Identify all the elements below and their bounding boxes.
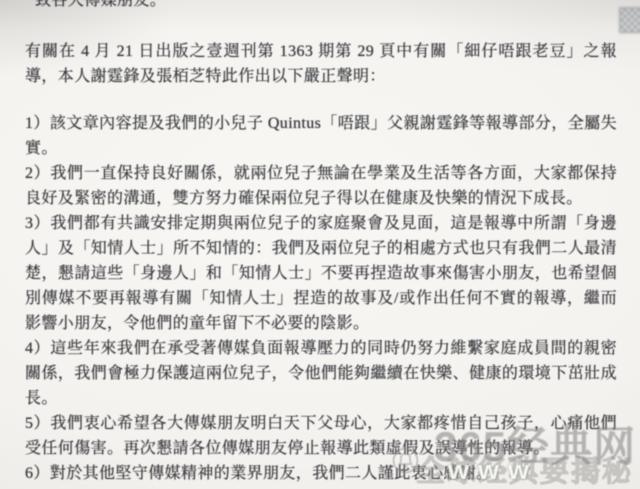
salutation-line-cutoff: 致各大傳媒朋友。 [35,0,166,13]
statement-item-2: 2）我們一直保持良好關係，就兩位兒子無論在學業及生活等各方面，大家都保持良好及緊… [25,161,617,211]
statement-item-3: 3）我們都有共識安排定期與兩位兒子的家庭聚會及見面，這是報導中所謂「身邊人」及「… [25,211,617,336]
statement-item-1: 1）該文章內容提及我們的小兒子 Quintus「唔跟」父親謝霆鋒等報導部分，全屬… [25,111,617,161]
statement-item-6: 6）對於其他堅守傳媒精神的業界朋友，我們二人謹此衷心感謝。 [25,461,617,486]
corner-watermark-icon: ▩ [616,2,640,36]
intro-paragraph: 有關在 4 月 21 日出版之壹週刊第 1363 期第 29 頁中有關「細仔唔跟… [25,39,617,89]
statement-items: 1）該文章內容提及我們的小兒子 Quintus「唔跟」父親謝霆鋒等報導部分，全屬… [25,111,617,486]
statement-item-4: 4）這些年來我們在承受著傳媒負面報導壓力的同時仍努力維繫家庭成員間的親密關係，我… [25,336,617,411]
statement-item-5: 5）我們衷心希望各大傳媒朋友明白天下父母心，大家都疼惜自己孩子，心痛他們受任何傷… [25,411,617,461]
document-photo: 致各大傳媒朋友。 有關在 4 月 21 日出版之壹週刊第 1363 期第 29 … [0,0,640,489]
statement-text-block: 致各大傳媒朋友。 有關在 4 月 21 日出版之壹週刊第 1363 期第 29 … [0,0,640,489]
